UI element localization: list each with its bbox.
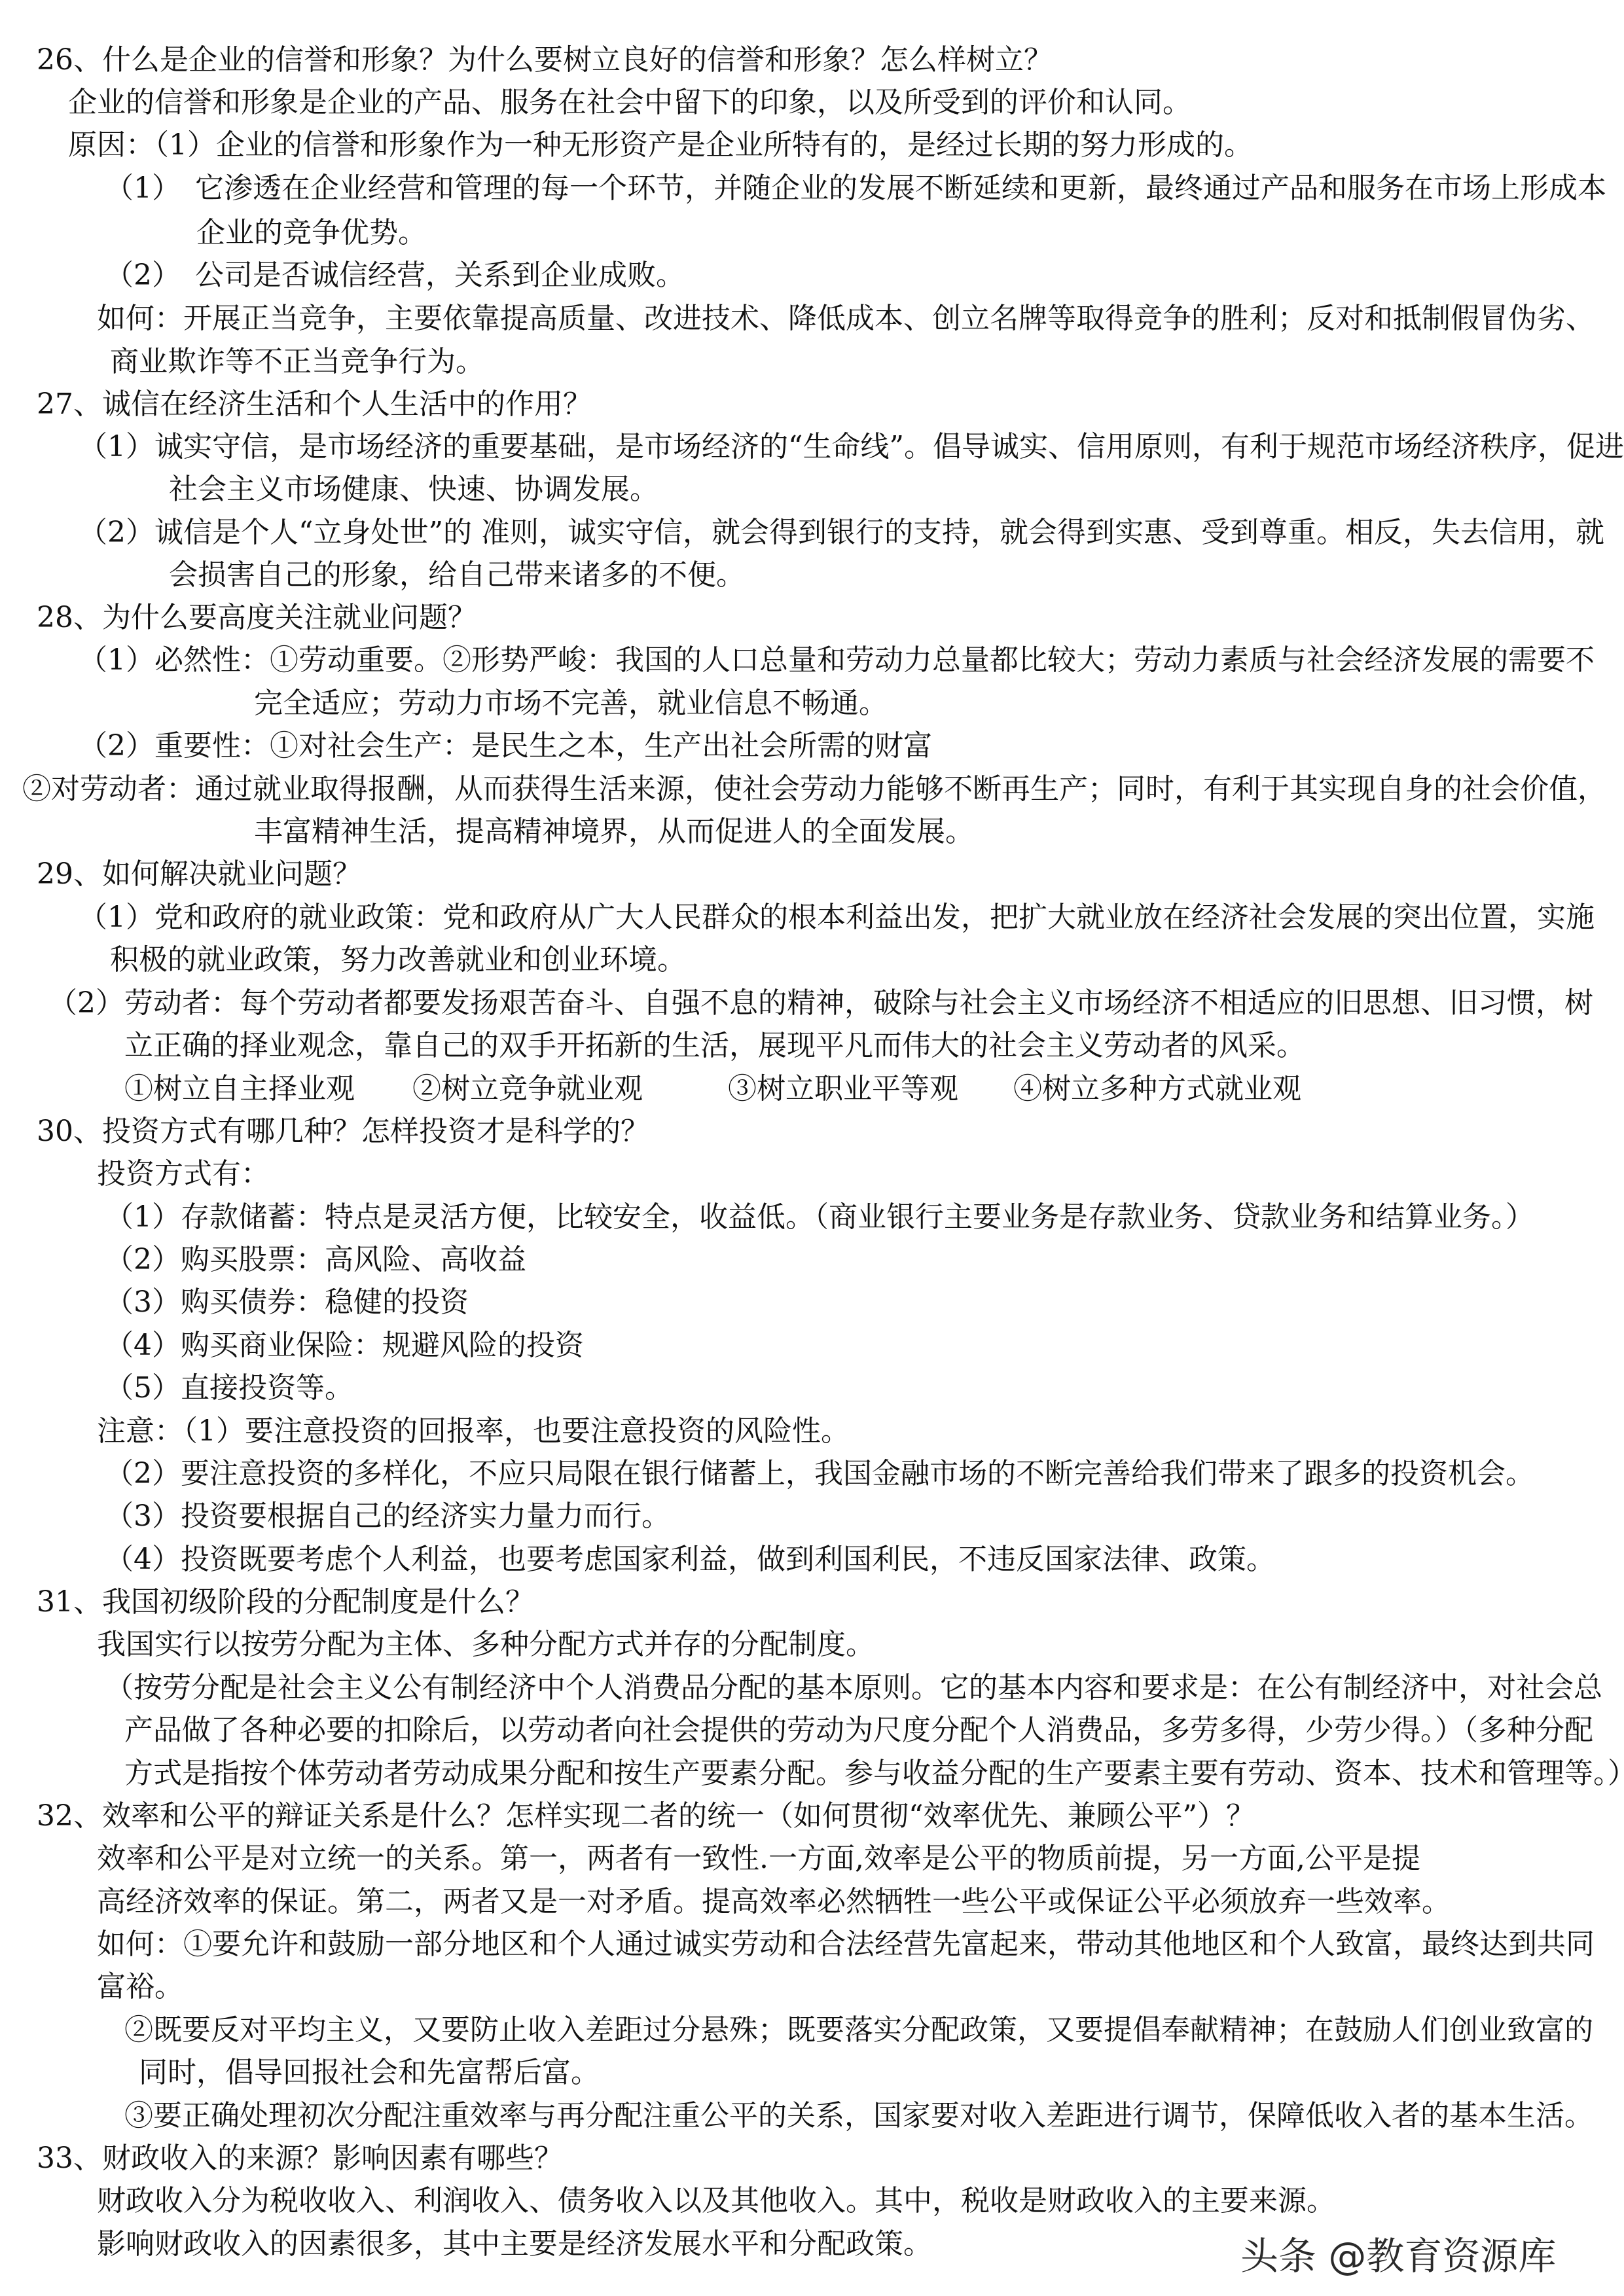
- watermark-text: 头条 @教育资源库: [1240, 2225, 1556, 2280]
- q26-line: 企业的信誉和形象是企业的产品、服务在社会中留下的印象，以及所受到的评价和认同。: [68, 86, 1191, 120]
- q32-line: ②既要反对平均主义，又要防止收入差距过分悬殊；既要落实分配政策，又要提倡奉献精神…: [124, 2013, 1593, 2047]
- q31-line: （按劳分配是社会主义公有制经济中个人消费品分配的基本原则。它的基本内容和要求是：…: [105, 1671, 1602, 1705]
- question-32-title: 32、效率和公平的辩证关系是什么？怎样实现二者的统一（如何贯彻“效率优先、兼顾公…: [37, 1799, 1255, 1833]
- q27-line: （2）诚信是个人“立身处世”的 准则，诚实守信，就会得到银行的支持，就会得到实惠…: [79, 516, 1604, 550]
- q32-line: 富裕。: [97, 1970, 183, 2004]
- q32-line: 同时，倡导回报社会和先富帮后富。: [139, 2056, 600, 2090]
- q30-line: （4）购买商业保险：规避风险的投资: [105, 1329, 584, 1363]
- employment-view-3: ③树立职业平等观: [728, 1072, 958, 1106]
- q30-line: （5）直接投资等。: [105, 1371, 353, 1405]
- question-29-title: 29、如何解决就业问题？: [37, 857, 361, 891]
- q28-line: （2）重要性：①对社会生产：是民生之本，生产出社会所需的财富: [79, 729, 932, 763]
- q31-line: 产品做了各种必要的扣除后，以劳动者向社会提供的劳动为尺度分配个人消费品，多劳多得…: [124, 1713, 1593, 1748]
- q30-line: （1）存款储蓄：特点是灵活方便，比较安全，收益低。（商业银行主要业务是存款业务、…: [105, 1200, 1534, 1234]
- employment-view-4: ④树立多种方式就业观: [1013, 1072, 1301, 1106]
- q30-line: （2）购买股票：高风险、高收益: [105, 1243, 526, 1277]
- employment-view-1: ①树立自主择业观: [124, 1072, 355, 1106]
- q29-line: 积极的就业政策，努力改善就业和创业环境。: [110, 943, 686, 977]
- q30-line: （2）要注意投资的多样化，不应只局限在银行储蓄上，我国金融市场的不断完善给我们带…: [105, 1457, 1534, 1491]
- q33-line: 财政收入分为税收收入、利润收入、债务收入以及其他收入。其中，税收是财政收入的主要…: [97, 2184, 1335, 2218]
- q30-line: （3）购买债券：稳健的投资: [105, 1285, 469, 1319]
- q32-line: 如何：①要允许和鼓励一部分地区和个人通过诚实劳动和合法经营先富起来，带动其他地区…: [97, 1928, 1595, 1962]
- q30-line: （3）投资要根据自己的经济实力量力而行。: [105, 1499, 670, 1534]
- q26-line: （2） 公司是否诚信经营，关系到企业成败。: [105, 259, 685, 293]
- q26-line: 企业的竞争优势。: [196, 216, 427, 250]
- q29-line: 立正确的择业观念，靠自己的双手开拓新的生活，展现平凡而伟大的社会主义劳动者的风采…: [124, 1029, 1305, 1063]
- q32-line: 效率和公平是对立统一的关系。第一，两者有一致性.一方面,效率是公平的物质前提，另…: [97, 1842, 1420, 1876]
- q26-line: （1） 它渗透在企业经营和管理的每一个环节，并随企业的发展不断延续和更新，最终通…: [105, 171, 1606, 206]
- q31-line: 我国实行以按劳分配为主体、多种分配方式并存的分配制度。: [97, 1628, 875, 1662]
- q28-line: ②对劳动者：通过就业取得报酬，从而获得生活来源，使社会劳动力能够不断再生产；同时…: [22, 772, 1606, 806]
- q30-line: 投资方式有：: [97, 1157, 270, 1191]
- q29-line: （2）劳动者：每个劳动者都要发扬艰苦奋斗、自强不息的精神，破除与社会主义市场经济…: [48, 986, 1593, 1020]
- q29-line: （1）党和政府的就业政策：党和政府从广大人民群众的根本利益出发，把扩大就业放在经…: [79, 901, 1595, 935]
- question-28-title: 28、为什么要高度关注就业问题？: [37, 601, 477, 635]
- q28-line: 完全适应；劳动力市场不完善，就业信息不畅通。: [254, 687, 888, 721]
- question-27-title: 27、诚信在经济生活和个人生活中的作用？: [37, 387, 592, 422]
- document-page: 26、什么是企业的信誉和形象？为什么要树立良好的信誉和形象？怎么样树立？ 企业的…: [0, 0, 1624, 2296]
- q30-line: 注意：（1）要注意投资的回报率，也要注意投资的风险性。: [97, 1414, 850, 1448]
- q26-line: 如何：开展正当竞争，主要依靠提高质量、改进技术、降低成本、创立名牌等取得竞争的胜…: [97, 302, 1595, 336]
- q32-line: 高经济效率的保证。第二，两者又是一对矛盾。提高效率必然牺牲一些公平或保证公平必须…: [97, 1885, 1451, 1919]
- q33-line: 影响财政收入的因素很多，其中主要是经济发展水平和分配政策。: [97, 2227, 932, 2261]
- question-26-title: 26、什么是企业的信誉和形象？为什么要树立良好的信誉和形象？怎么样树立？: [37, 43, 1053, 77]
- q26-line: 原因：（1）企业的信誉和形象作为一种无形资产是企业所特有的，是经过长期的努力形成…: [68, 128, 1253, 162]
- employment-view-2: ②树立竞争就业观: [412, 1072, 643, 1106]
- question-31-title: 31、我国初级阶段的分配制度是什么？: [37, 1585, 534, 1619]
- q28-line: （1）必然性：①劳动重要。②形势严峻：我国的人口总量和劳动力总量都比较大；劳动力…: [79, 643, 1595, 677]
- q26-line: 商业欺诈等不正当竞争行为。: [110, 345, 484, 379]
- q28-line: 丰富精神生活，提高精神境界，从而促进人的全面发展。: [254, 815, 974, 849]
- question-30-title: 30、投资方式有哪几种？怎样投资才是科学的？: [37, 1115, 649, 1149]
- question-33-title: 33、财政收入的来源？影响因素有哪些？: [37, 2142, 563, 2176]
- q27-line: 社会主义市场健康、快速、协调发展。: [169, 473, 659, 507]
- q30-line: （4）投资既要考虑个人利益，也要考虑国家利益，做到利国利民，不违反国家法律、政策…: [105, 1543, 1275, 1577]
- q31-line: 方式是指按个体劳动者劳动成果分配和按生产要素分配。参与收益分配的生产要素主要有劳…: [124, 1757, 1624, 1791]
- q32-line: ③要正确处理初次分配注重效率与再分配注重公平的关系，国家要对收入差距进行调节，保…: [124, 2099, 1593, 2133]
- q27-line: 会损害自己的形象，给自己带来诸多的不便。: [169, 558, 745, 592]
- q27-line: （1）诚实守信，是市场经济的重要基础，是市场经济的“生命线”。倡导诚实、信用原则…: [79, 430, 1624, 464]
